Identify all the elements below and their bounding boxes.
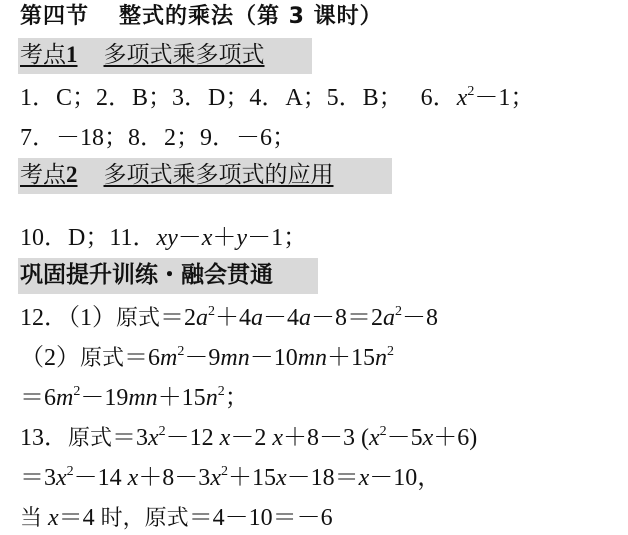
answer-line-3: 10．D；11．xy－x＋y－1； (20, 223, 307, 253)
answer-line-12-3: ＝6m2－19mn＋15n2； (20, 383, 249, 413)
section-label: 考点 (20, 42, 66, 68)
section-number: 1 (66, 42, 78, 67)
section-number: 2 (66, 162, 78, 187)
answer-line-1: 1．C；2．B；3．D；4．A；5．B； 6．x2－1； (20, 83, 534, 113)
section-number: 第四节 (20, 4, 89, 29)
page-title: 第四节整式的乘法（第 3 课时） (20, 2, 383, 32)
section-heading: 多项式乘多项式的应用 (104, 162, 334, 188)
answer-line-13-3: 当 x＝4 时，原式＝4－10＝－6 (20, 503, 333, 534)
answer-line-13-1: 13．原式＝3x2－12 x－2 x＋8－3 (x2－5x＋6) (20, 423, 477, 454)
answer-line-13-2: ＝3x2－14 x＋8－3x2＋15x－18＝x－10， (20, 463, 441, 493)
answer-line-12-1: 12．（1）原式＝2a2＋4a－4a－8＝2a2－8 (20, 303, 438, 334)
section-header-3: 巩固提升训练・融会贯通 (18, 258, 318, 294)
answer-line-12-2: （2）原式＝6m2－9mn－10mn＋15n2 (20, 343, 394, 374)
section-header-2: 考点2多项式乘多项式的应用 (18, 158, 392, 194)
section-heading: 多项式乘多项式 (104, 42, 265, 68)
section-header-1: 考点1多项式乘多项式 (18, 38, 312, 74)
lesson-topic: 整式的乘法（第 3 课时） (119, 4, 383, 29)
section-label: 考点 (20, 162, 66, 188)
answer-line-2: 7．－18；8．2；9．－6； (20, 123, 296, 153)
